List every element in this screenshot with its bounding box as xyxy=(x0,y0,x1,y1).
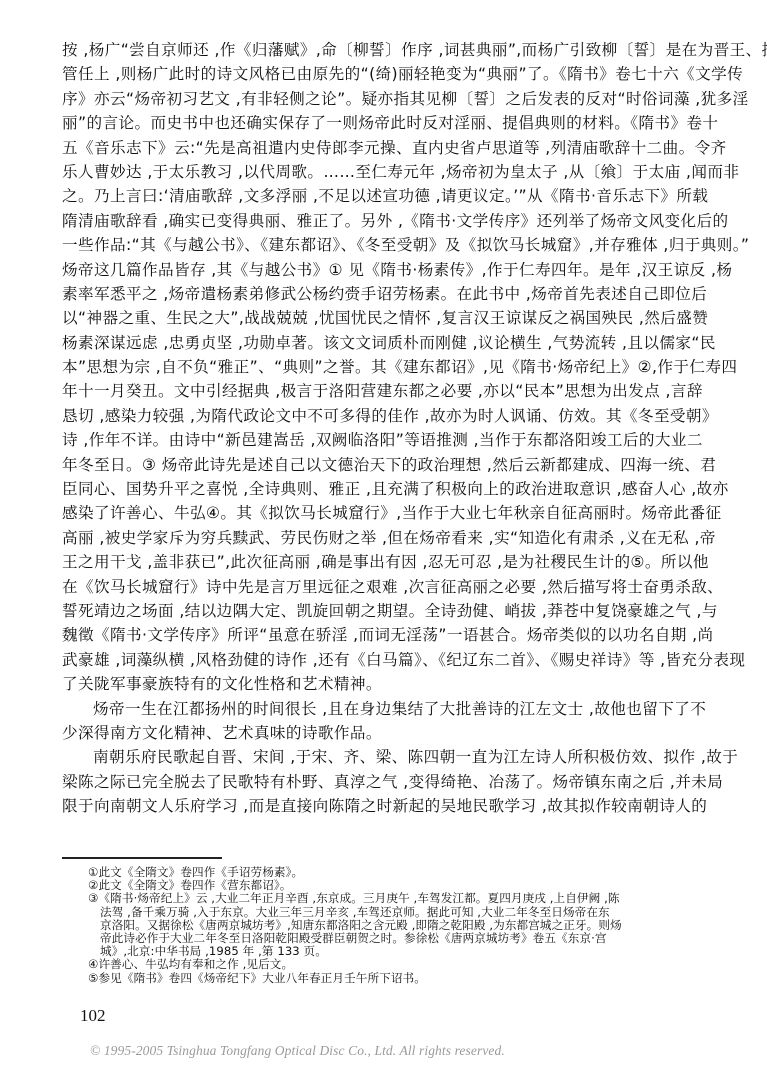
text-line: 了关陇军事豪族特有的文化性格和艺术精神。 xyxy=(62,672,708,696)
text-line: 素率军悉平之 ,炀帝遣杨素弟修武公杨约赍手诏劳杨素。在此书中 ,炀帝首先表述自己… xyxy=(62,282,708,306)
text-line: 年冬至日。③ 炀帝此诗先是述自己以文德治天下的政治理想 ,然后云新都建成、四海一… xyxy=(62,453,708,477)
footnotes: ①此文《全隋文》卷四作《手诏劳杨素》。②此文《全隋文》卷四作《营东都诏》。③《隋… xyxy=(88,866,708,985)
text-line: 臣同心、国势升平之喜悦 ,全诗典则、雅正 ,且充满了积极向上的政治进取意识 ,感… xyxy=(62,477,708,501)
text-line: 一些作品:“其《与越公书》、《建东都诏》、《冬至受朝》及《拟饮马长城窟》,并存雅… xyxy=(62,233,708,257)
text-line: 在《饮马长城窟行》诗中先是言万里远征之艰难 ,次言征高丽之必要 ,然后描写将士奋… xyxy=(62,575,708,599)
text-line: 五《音乐志下》云:“先是高祖遣内史侍郎李元操、直内史省卢思道等 ,列清庙歌辞十二… xyxy=(62,136,708,160)
text-line: 诗 ,作年不详。由诗中“新邑建嵩岳 ,双阙临洛阳”等语推测 ,当作于东都洛阳竣工… xyxy=(62,428,708,452)
text-line: 序》亦云“炀帝初习艺文 ,有非轻侧之论”。疑亦指其见柳〔誓〕之后发表的反对“时俗… xyxy=(62,87,708,111)
text-line: 年十一月癸丑。文中引经据典 ,极言于洛阳营建东都之必要 ,亦以“民本”思想为出发… xyxy=(62,379,708,403)
text-line: 丽”的言论。而史书中也还确实保存了一则炀帝此时反对淫丽、提倡典则的材料。《隋书》… xyxy=(62,111,708,135)
page-number: 102 xyxy=(80,1006,106,1026)
text-line: 王之用干戈 ,盖非获已”,此次征高丽 ,确是事出有因 ,忍无可忍 ,是为社稷民生… xyxy=(62,550,708,574)
text-line: 本”思想为宗 ,自不负“雅正”、“典则”之誉。其《建东都诏》,见《隋书·炀帝纪上… xyxy=(62,355,708,379)
text-line: 感染了许善心、牛弘④。其《拟饮马长城窟行》,当作于大业七年秋亲自征高丽时。炀帝此… xyxy=(62,501,708,525)
footnote-line: ④许善心、牛弘均有奉和之作 ,见后文。 xyxy=(88,958,708,971)
text-line: 武豪雄 ,词藻纵横 ,风格劲健的诗作 ,还有《白马篇》、《纪辽东二首》、《赐史祥… xyxy=(62,648,708,672)
text-line: 少深得南方文化精神、艺术真味的诗歌作品。 xyxy=(62,721,708,745)
text-line: 梁陈之际已完全脱去了民歌特有朴野、真淳之气 ,变得绮艳、冶荡了。炀帝镇东南之后 … xyxy=(62,770,708,794)
text-line: 隋清庙歌辞看 ,确实已变得典丽、雅正了。另外 ,《隋书·文学传序》还列举了炀帝文… xyxy=(62,209,708,233)
footnote-line: ③《隋书·炀帝纪上》云 ,大业二年正月辛酉 ,东京成。三月庚午 ,车驾发江都。夏… xyxy=(88,892,708,905)
text-line: 誓死靖边之场面 ,结以边隅大定、凯旋回朝之期望。全诗劲健、峭拔 ,莽苍中复饶豪雄… xyxy=(62,599,708,623)
text-line: 乐人曹妙达 ,于太乐教习 ,以代周歌。……至仁寿元年 ,炀帝初为皇太子 ,从〔飨… xyxy=(62,160,708,184)
text-line: 以“神器之重、生民之大”,战战兢兢 ,忧国忧民之情怀 ,复言汉王谅谋反之祸国殃民… xyxy=(62,306,708,330)
text-line: 恳切 ,感染力较强 ,为隋代政论文中不可多得的佳作 ,故亦为时人讽诵、仿效。其《… xyxy=(62,404,708,428)
text-line: 炀帝一生在江都扬州的时间很长 ,且在身边集结了大批善诗的江左文士 ,故他也留下了… xyxy=(62,697,708,721)
footnote-line: ⑤参见《隋书》卷四《炀帝纪下》大业八年春正月壬午所下诏书。 xyxy=(88,972,708,985)
footnote-divider xyxy=(62,857,222,859)
text-line: 之。乃上言曰:‘清庙歌辞 ,文多浮丽 ,不足以述宣功德 ,请更议定。’”从《隋书… xyxy=(62,184,708,208)
text-line: 杨素深谋远虑 ,忠勇贞坚 ,功勋卓著。该文文词质朴而刚健 ,议论横生 ,气势流转… xyxy=(62,331,708,355)
text-line: 魏徵《隋书·文学传序》所评“虽意在骄淫 ,而词无淫荡”一语甚合。炀帝类似的以功名… xyxy=(62,623,708,647)
text-line: 高丽 ,被史学家斥为穷兵黩武、劳民伤财之举 ,但在炀帝看来 ,实“知造化有肃杀 … xyxy=(62,526,708,550)
text-line: 按 ,杨广“尝自京师还 ,作《归藩赋》,命〔柳誓〕作序 ,词甚典丽”,而杨广引致… xyxy=(62,38,708,62)
copyright-notice: © 1995-2005 Tsinghua Tongfang Optical Di… xyxy=(90,1043,505,1059)
body-text: 按 ,杨广“尝自京师还 ,作《归藩赋》,命〔柳誓〕作序 ,词甚典丽”,而杨广引致… xyxy=(62,38,708,819)
text-line: 炀帝这几篇作品皆存 ,其《与越公书》① 见《隋书·杨素传》,作于仁寿四年。是年 … xyxy=(62,258,708,282)
text-line: 管任上 ,则杨广此时的诗文风格已由原先的“(绮)丽轻艳变为“典丽”了。《隋书》卷… xyxy=(62,62,708,86)
text-line: 限于向南朝文人乐府学习 ,而是直接向陈隋之时新起的吴地民歌学习 ,故其拟作较南朝… xyxy=(62,794,708,818)
text-line: 南朝乐府民歌起自晋、宋间 ,于宋、齐、梁、陈四朝一直为江左诗人所积极仿效、拟作 … xyxy=(62,745,708,769)
footnote-line: 法驾 ,备千乘万骑 ,入于东京。大业三年三月辛亥 ,车驾还京师。据此可知 ,大业… xyxy=(88,906,708,919)
